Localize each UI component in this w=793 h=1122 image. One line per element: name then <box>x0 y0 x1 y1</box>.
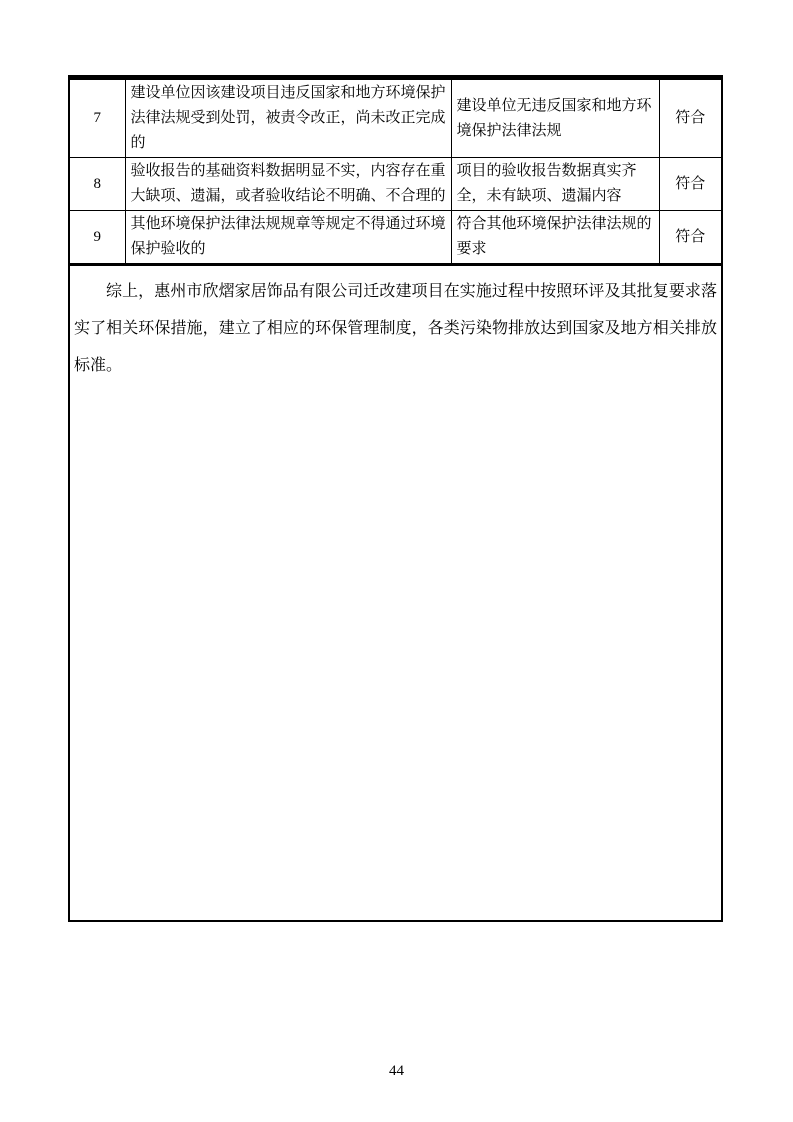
actual-condition-cell: 符合其他环境保护法律法规的要求 <box>451 211 659 265</box>
situation-cell: 建设单位因该建设项目违反国家和地方环境保护法律法规受到处罚，被责令改正，尚未改正… <box>125 79 451 158</box>
conclusion-cell: 符合 <box>659 79 721 158</box>
page-number: 44 <box>0 1063 793 1080</box>
situation-cell: 验收报告的基础资料数据明显不实，内容存在重大缺项、遗漏，或者验收结论不明确、不合… <box>125 158 451 211</box>
row-number-cell: 9 <box>70 211 125 265</box>
table-row: 8 验收报告的基础资料数据明显不实，内容存在重大缺项、遗漏，或者验收结论不明确、… <box>70 158 721 211</box>
content-frame: 7 建设单位因该建设项目违反国家和地方环境保护法律法规受到处罚，被责令改正，尚未… <box>68 75 723 922</box>
actual-condition-cell: 项目的验收报告数据真实齐全，未有缺项、遗漏内容 <box>451 158 659 211</box>
actual-condition-cell: 建设单位无违反国家和地方环境保护法律法规 <box>451 79 659 158</box>
conclusion-cell: 符合 <box>659 158 721 211</box>
situation-cell: 其他环境保护法律法规规章等规定不得通过环境保护验收的 <box>125 211 451 265</box>
table-row: 9 其他环境保护法律法规规章等规定不得通过环境保护验收的 符合其他环境保护法律法… <box>70 211 721 265</box>
compliance-table: 7 建设单位因该建设项目违反国家和地方环境保护法律法规受到处罚，被责令改正，尚未… <box>70 77 721 266</box>
row-number-cell: 8 <box>70 158 125 211</box>
document-page: 7 建设单位因该建设项目违反国家和地方环境保护法律法规受到处罚，被责令改正，尚未… <box>0 0 793 1122</box>
conclusion-cell: 符合 <box>659 211 721 265</box>
summary-paragraph: 综上，惠州市欣熠家居饰品有限公司迁改建项目在实施过程中按照环评及其批复要求落实了… <box>74 273 717 384</box>
table-row: 7 建设单位因该建设项目违反国家和地方环境保护法律法规受到处罚，被责令改正，尚未… <box>70 79 721 158</box>
row-number-cell: 7 <box>70 79 125 158</box>
